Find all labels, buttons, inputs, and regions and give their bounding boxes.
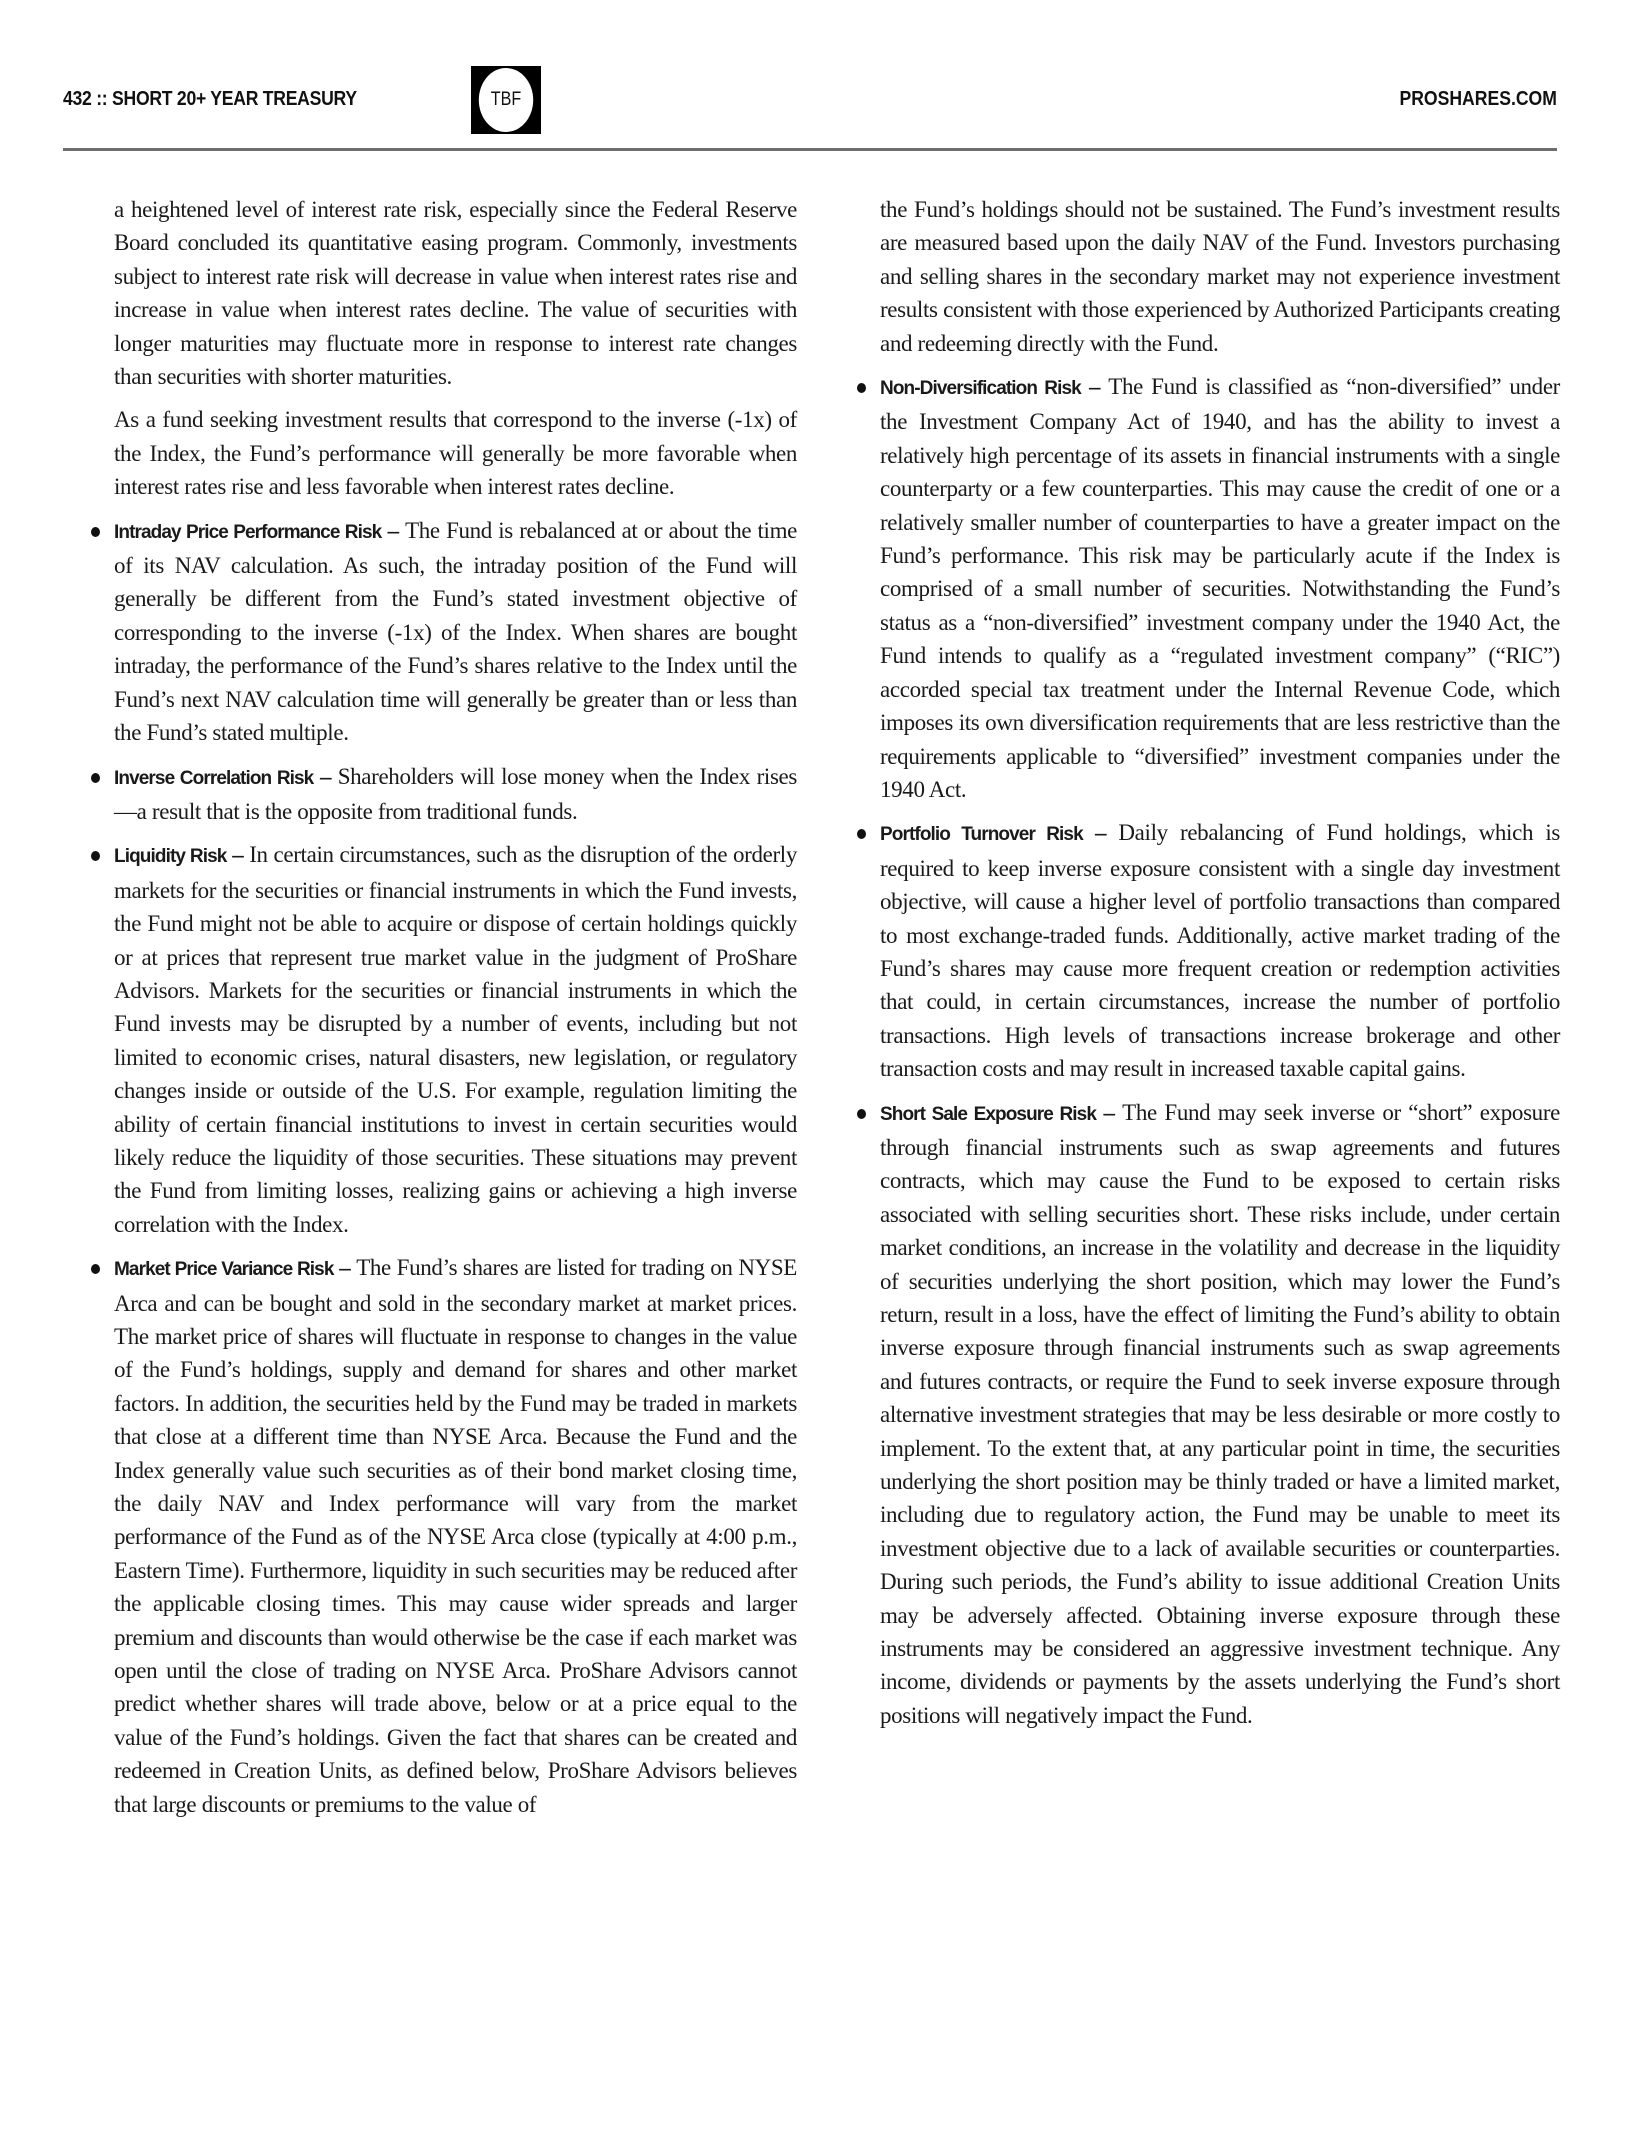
left-column: a heightened level of interest rate risk… — [114, 193, 797, 1831]
risk-item-inverse-correlation: Inverse Correlation Risk – Shareholders … — [114, 760, 797, 829]
page-header: 432 :: SHORT 20+ YEAR TREASURY TBF PROSH… — [0, 0, 1650, 160]
bullet-icon — [91, 773, 100, 783]
risk-item-non-diversification: Non-Diversification Risk – The Fund is c… — [880, 370, 1560, 806]
header-divider — [63, 148, 1557, 151]
em-dash: – — [1081, 374, 1109, 399]
bullet-icon — [857, 829, 866, 839]
risk-title: Non-Diversification Risk — [880, 378, 1081, 399]
em-dash: – — [226, 842, 249, 867]
risk-item-market-price-variance: Market Price Variance Risk – The Fund’s … — [114, 1251, 797, 1821]
risk-item-portfolio-turnover: Portfolio Turnover Risk – Daily rebalanc… — [880, 816, 1560, 1085]
bullet-icon — [91, 527, 100, 537]
risk-text: The Fund’s shares are listed for trad­in… — [114, 1255, 797, 1817]
risk-item-liquidity: Liquidity Risk – In certain circumstance… — [114, 838, 797, 1241]
risk-item-short-sale-exposure: Short Sale Exposure Risk – The Fund may … — [880, 1096, 1560, 1733]
em-dash: – — [1096, 1100, 1122, 1125]
continuation-paragraph: the Fund’s holdings should not be sustai… — [880, 193, 1560, 360]
risk-text: In certain circumstances, such as the di… — [114, 842, 797, 1236]
website-link: PROSHARES.COM — [1400, 88, 1557, 111]
ticker-symbol: TBF — [479, 68, 533, 132]
risk-title: Market Price Variance Risk — [114, 1259, 334, 1280]
em-dash: – — [334, 1255, 357, 1280]
bullet-icon — [91, 1264, 100, 1274]
em-dash: – — [313, 764, 337, 789]
right-column: the Fund’s holdings should not be sustai… — [880, 193, 1560, 1742]
ticker-badge: TBF — [471, 66, 541, 134]
body-paragraph: As a fund seeking investment results tha… — [114, 403, 797, 503]
risk-text: Daily rebalancing of Fund holdings, whic… — [880, 820, 1560, 1081]
risk-title: Short Sale Exposure Risk — [880, 1104, 1096, 1125]
em-dash: – — [1083, 820, 1119, 845]
bullet-icon — [857, 1109, 866, 1119]
body-paragraph: a heightened level of interest rate risk… — [114, 193, 797, 393]
bullet-icon — [857, 383, 866, 393]
em-dash: – — [381, 518, 405, 543]
risk-item-intraday-price-performance: Intraday Price Performance Risk – The Fu… — [114, 514, 797, 750]
risk-title: Intraday Price Performance Risk — [114, 522, 381, 543]
bullet-icon — [91, 851, 100, 861]
risk-text: The Fund is rebalanced at or about the t… — [114, 518, 797, 745]
risk-title: Portfolio Turnover Risk — [880, 824, 1083, 845]
risk-text: The Fund may seek inverse or “short” exp… — [880, 1100, 1560, 1728]
risk-text: The Fund is classified as “non-diversifi… — [880, 374, 1560, 802]
risk-title: Liquidity Risk — [114, 846, 226, 867]
running-header-title: 432 :: SHORT 20+ YEAR TREASURY — [63, 88, 357, 111]
risk-title: Inverse Correlation Risk — [114, 768, 313, 789]
